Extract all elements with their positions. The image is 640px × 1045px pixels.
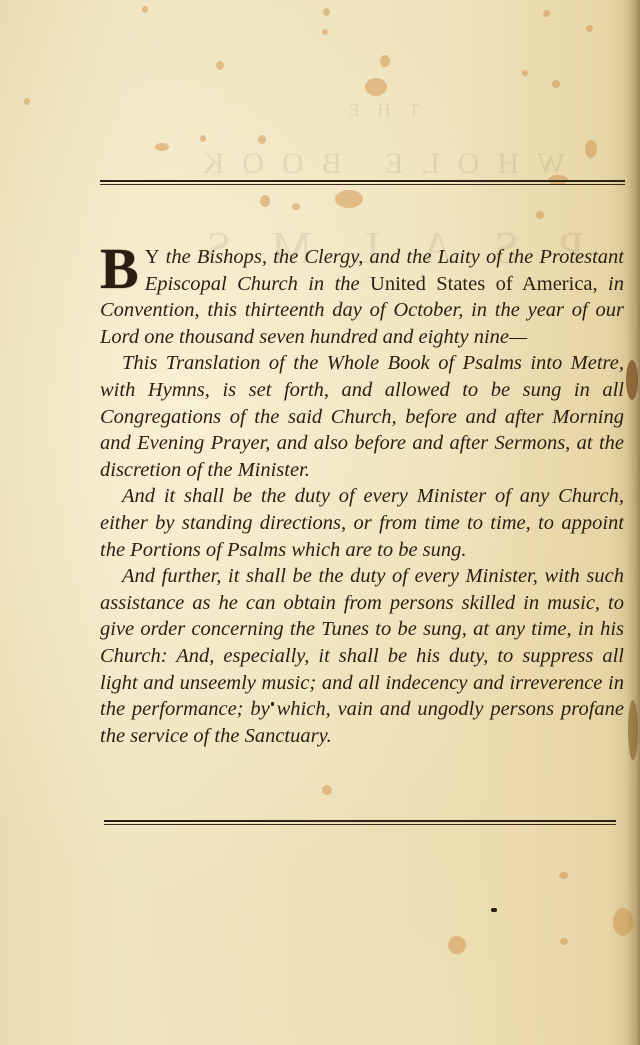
foxing-spot bbox=[258, 135, 266, 144]
foxing-spot bbox=[24, 98, 30, 105]
top-double-rule bbox=[100, 180, 625, 185]
paragraph-music-duty: And further, it shall be the duty of eve… bbox=[100, 563, 624, 749]
first-word-rest: Y bbox=[145, 246, 160, 268]
convention-resolution: BY the Bishops, the Clergy, and the Lait… bbox=[100, 244, 624, 749]
foxing-spot bbox=[543, 10, 550, 17]
foxing-spot bbox=[142, 6, 148, 13]
bleed-through-line: WHOLE BOOK bbox=[150, 147, 600, 181]
foxing-spot bbox=[586, 25, 593, 32]
foxing-spot bbox=[322, 29, 328, 35]
foxing-spot bbox=[552, 80, 560, 88]
foxing-spot bbox=[536, 211, 544, 219]
foxing-spot bbox=[260, 195, 270, 207]
paragraph-translation: This Translation of the Whole Book of Ps… bbox=[100, 350, 624, 483]
drop-cap: B bbox=[100, 246, 139, 292]
foxing-spot bbox=[585, 140, 597, 158]
paragraph-minister-duty: And it shall be the duty of every Minist… bbox=[100, 483, 624, 563]
page-edge-shadow bbox=[626, 0, 640, 1045]
paragraph-enactment: BY the Bishops, the Clergy, and the Lait… bbox=[100, 244, 624, 350]
foxing-spot bbox=[380, 55, 390, 67]
book-page: THE WHOLE BOOK PSALMS BY the Bishops, th… bbox=[0, 0, 640, 1045]
foxing-spot bbox=[559, 872, 568, 879]
bleed-through-line: THE bbox=[150, 100, 600, 121]
foxing-spot bbox=[560, 938, 568, 945]
enactment-roman-text: United States of America, bbox=[370, 273, 598, 295]
foxing-spot bbox=[200, 135, 206, 142]
foxing-spot bbox=[365, 78, 387, 96]
foxing-spot bbox=[335, 190, 363, 208]
bottom-double-rule bbox=[104, 820, 616, 825]
ink-speck bbox=[491, 908, 497, 912]
foxing-spot bbox=[322, 785, 332, 795]
foxing-spot bbox=[216, 61, 224, 70]
foxing-spot bbox=[448, 936, 466, 954]
foxing-spot bbox=[323, 8, 330, 16]
foxing-spot bbox=[155, 143, 169, 151]
foxing-spot bbox=[522, 70, 528, 76]
foxing-spot bbox=[292, 203, 300, 210]
